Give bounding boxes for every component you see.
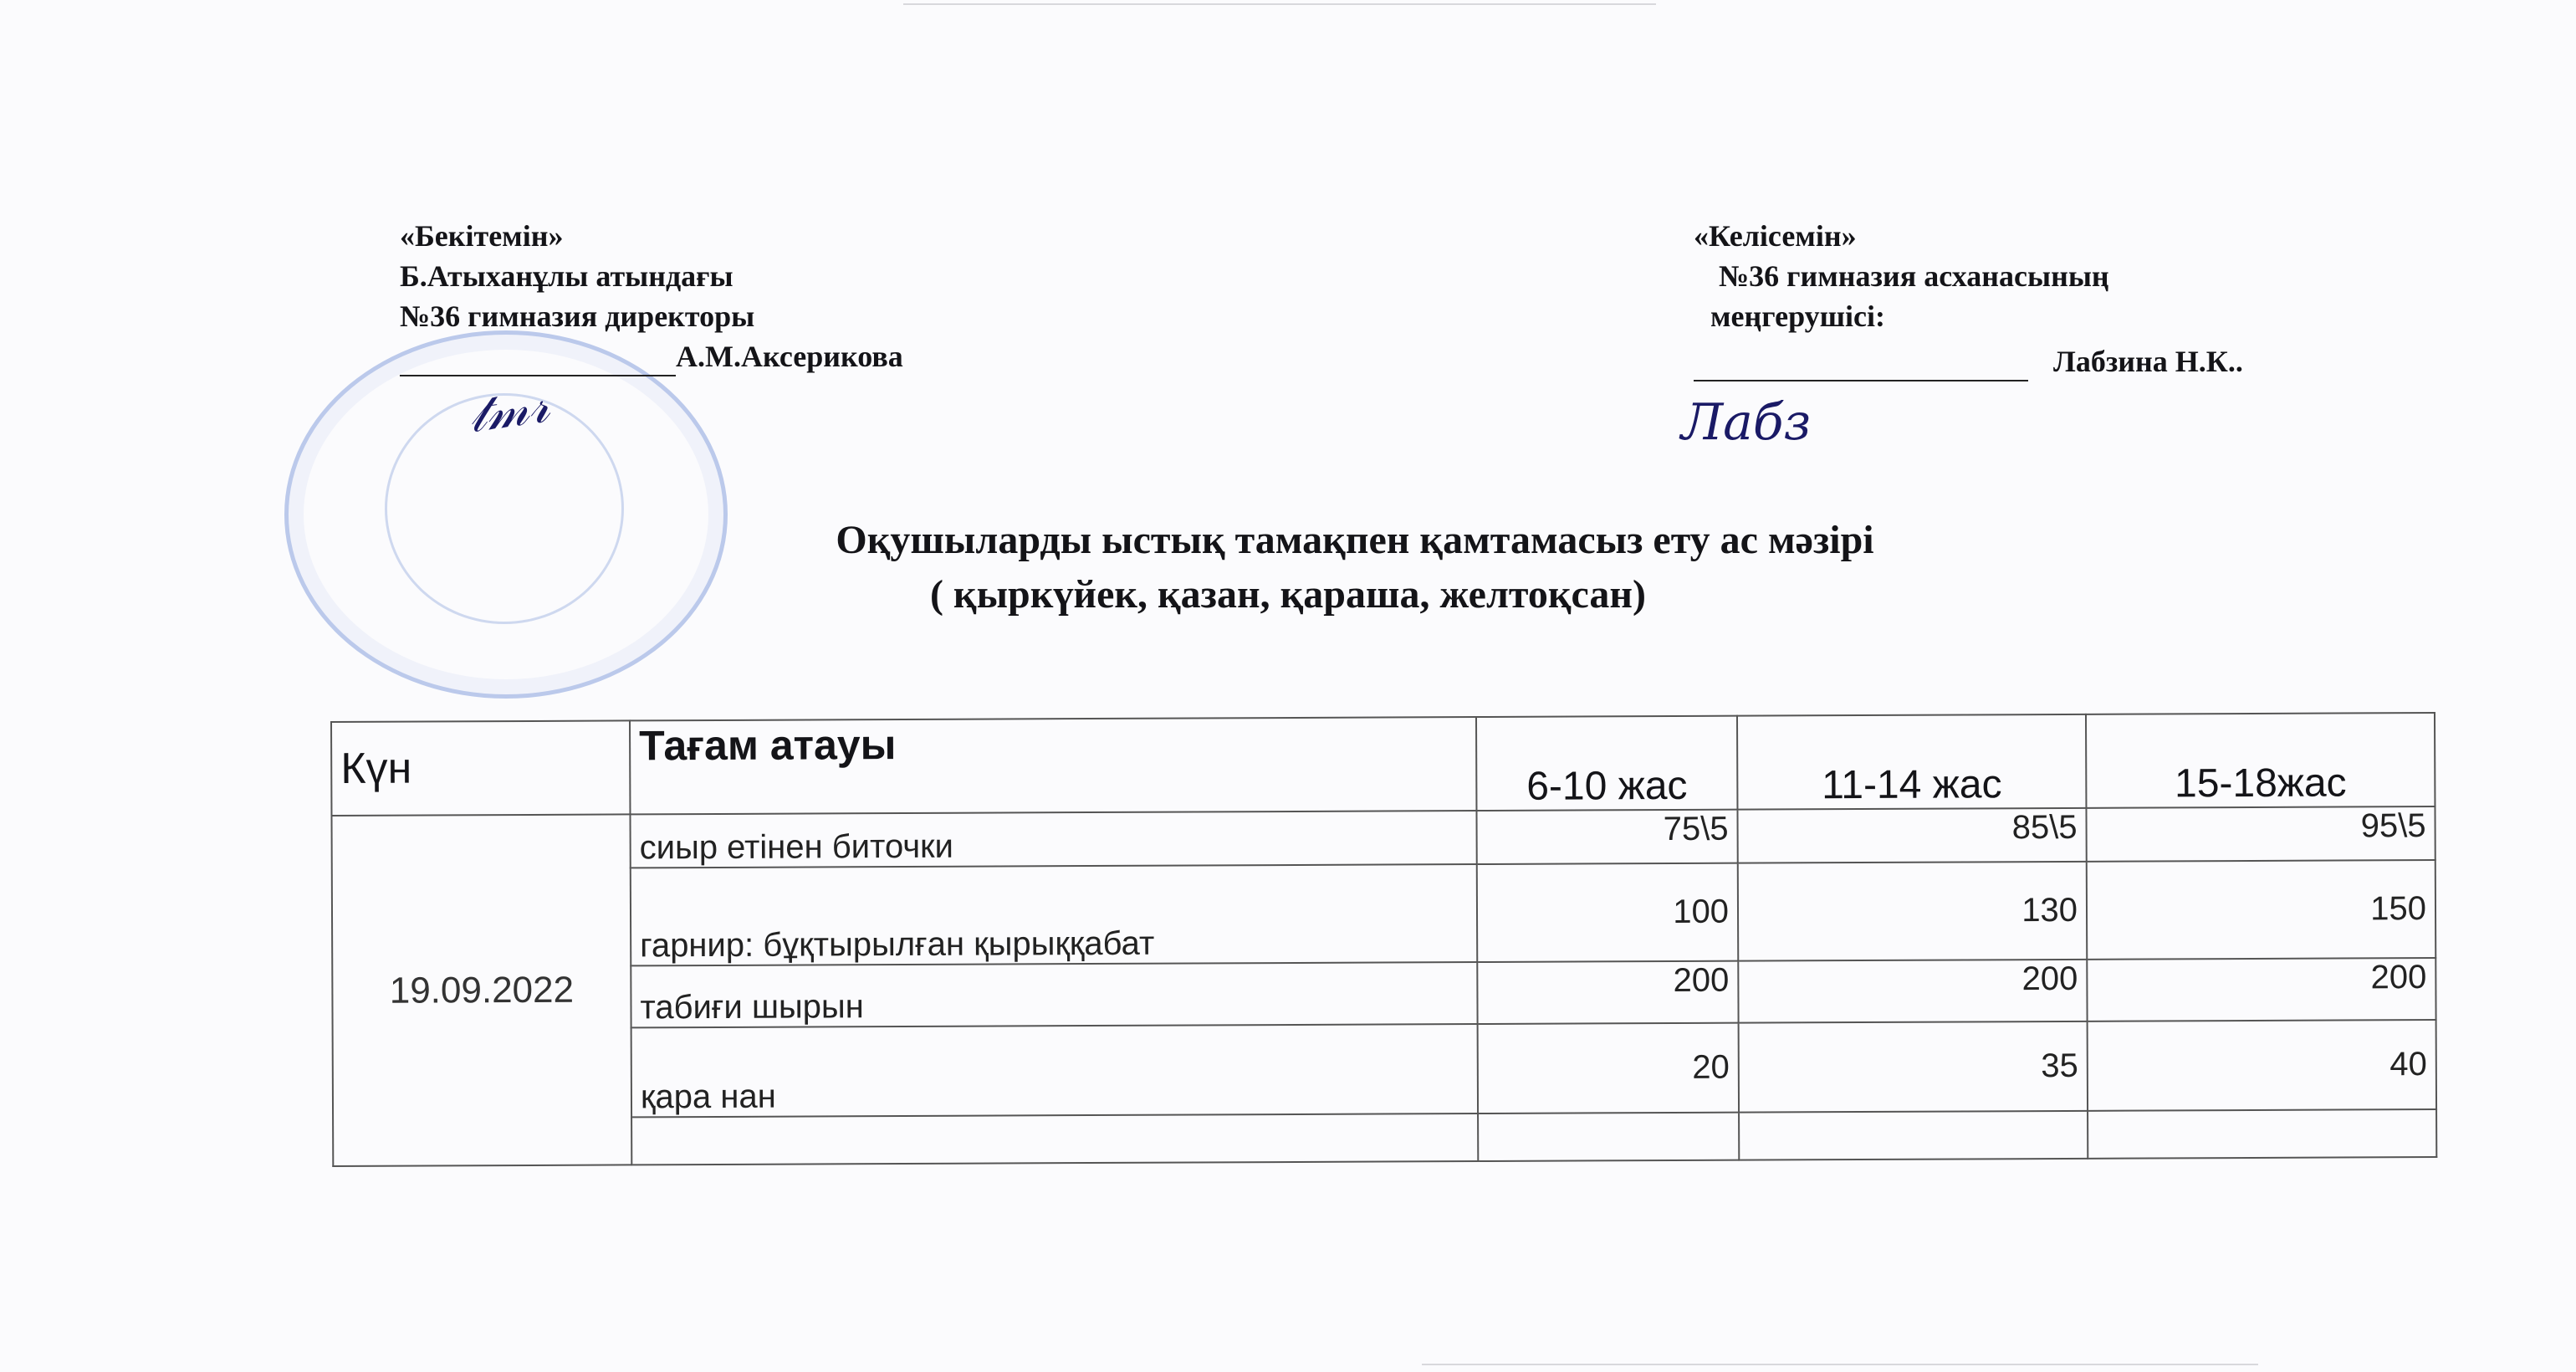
- agreement-name: Лабзина Н.К..: [2053, 345, 2243, 378]
- agreement-block: «Келісемін» №36 гимназия асханасының мең…: [1694, 216, 2243, 381]
- portion-11-14: 200: [1738, 960, 2087, 1023]
- document-title: Оқушыларды ыстық тамақпен қамтамасыз ету…: [0, 514, 2576, 566]
- signature-underline: [1694, 380, 2028, 381]
- portion-6-10: 75\5: [1476, 810, 1737, 864]
- approval-signature-line: А.М.Аксерикова: [400, 336, 903, 376]
- agreement-line1: №36 гимназия асханасының: [1694, 256, 2243, 296]
- portion-6-10: 200: [1477, 961, 1738, 1024]
- agreement-line2: меңгерушісі:: [1694, 296, 2243, 336]
- header-age-11-14: 11-14 жас: [1737, 714, 2086, 810]
- dish-cell: қара нан: [631, 1024, 1478, 1117]
- header-age-15-18: 15-18жас: [2086, 713, 2435, 808]
- portion-11-14: 85\5: [1737, 808, 2086, 863]
- scan-edge-top: [903, 3, 1656, 5]
- dish-cell: табиғи шырын: [631, 962, 1477, 1027]
- dish-cell: гарнир: бұқтырылған қырыққабат: [631, 864, 1478, 965]
- header-day: Күн: [331, 720, 630, 816]
- portion-11-14: 130: [1738, 862, 2088, 961]
- agreement-heading: «Келісемін»: [1694, 216, 2243, 256]
- agreement-signature-line: Лабзина Н.К..: [1694, 336, 2243, 381]
- portion-11-14: [1739, 1111, 2088, 1160]
- director-signature: 𝓉𝓂𝓇: [465, 376, 553, 445]
- portion-6-10: 100: [1477, 863, 1739, 962]
- approval-line2: №36 гимназия директоры: [400, 296, 903, 336]
- approval-name: А.М.Аксерикова: [676, 340, 903, 373]
- dish-cell: сиыр етінен биточки: [630, 811, 1476, 868]
- portion-6-10: 20: [1478, 1023, 1739, 1113]
- table-row: табиғи шырын 200 200 200: [332, 958, 2435, 1029]
- approval-heading: «Бекітемін»: [400, 216, 903, 256]
- canteen-head-signature: Лабз: [1681, 393, 1811, 452]
- dish-cell: [631, 1113, 1478, 1165]
- portion-15-18: 40: [2088, 1020, 2436, 1111]
- header-dish: Тағам атауы: [630, 717, 1476, 814]
- approval-block: «Бекітемін» Б.Атыханұлы атындағы №36 гим…: [400, 216, 903, 376]
- portion-11-14: 35: [1739, 1021, 2088, 1113]
- scan-edge-bottom: [1422, 1364, 2258, 1365]
- header-age-6-10: 6-10 жас: [1476, 716, 1737, 811]
- portion-15-18: 200: [2087, 958, 2435, 1021]
- portion-15-18: 150: [2087, 860, 2436, 960]
- date-cell: 19.09.2022: [331, 814, 631, 1166]
- approval-line1: Б.Атыханұлы атындағы: [400, 256, 903, 296]
- table-row: 19.09.2022 сиыр етінен биточки 75\5 85\5…: [331, 806, 2435, 869]
- table-row: гарнир: бұқтырылған қырыққабат 100 130 1…: [332, 860, 2435, 967]
- table-row: [333, 1109, 2436, 1166]
- table-row: қара нан 20 35 40: [333, 1020, 2436, 1119]
- document-subtitle: ( қыркүйек, қазан, қараша, желтоқсан): [0, 569, 2576, 621]
- portion-6-10: [1478, 1113, 1739, 1161]
- menu-table: Күн Тағам атауы 6-10 жас 11-14 жас 15-18…: [330, 712, 2437, 1167]
- header-row: Күн Тағам атауы 6-10 жас 11-14 жас 15-18…: [331, 713, 2435, 816]
- portion-15-18: 95\5: [2086, 806, 2435, 862]
- portion-15-18: [2088, 1109, 2436, 1159]
